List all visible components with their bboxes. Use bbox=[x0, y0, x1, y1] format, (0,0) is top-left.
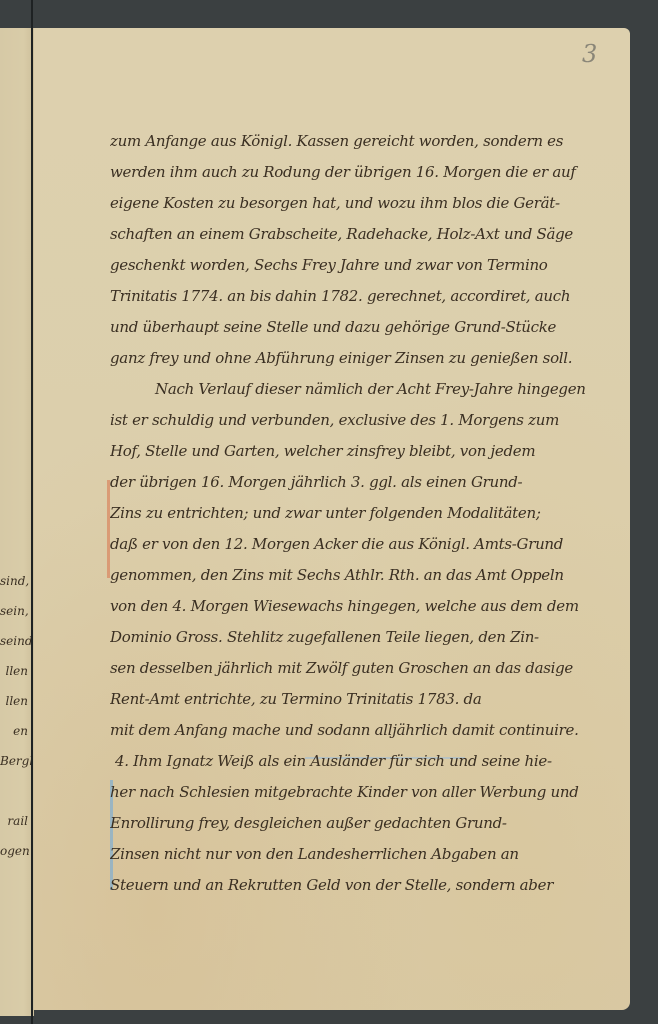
manuscript-line: Nach Verlauf dieser nämlich der Acht Fre… bbox=[110, 374, 630, 405]
manuscript-line: Zinsen nicht nur von den Landesherrliche… bbox=[110, 839, 630, 870]
manuscript-line: Dominio Gross. Stehlitz zugefallenen Tei… bbox=[110, 622, 630, 653]
manuscript-line: werden ihm auch zu Rodung der übrigen 16… bbox=[110, 157, 630, 188]
left-fragment bbox=[0, 776, 32, 806]
left-page-text-fragments: sind, sein, seind llen llen en Bergk, ra… bbox=[0, 566, 32, 866]
manuscript-line: Enrollirung frey, desgleichen außer geda… bbox=[110, 808, 630, 839]
manuscript-line: geschenkt worden, Sechs Frey Jahre und z… bbox=[110, 250, 630, 281]
manuscript-line: sen desselben jährlich mit Zwölf guten G… bbox=[110, 653, 630, 684]
manuscript-line: 4. Ihm Ignatz Weiß als ein Ausländer für… bbox=[110, 746, 630, 777]
manuscript-line: von den 4. Morgen Wiesewachs hingegen, w… bbox=[110, 591, 630, 622]
manuscript-line: mit dem Anfang mache und sodann alljährl… bbox=[110, 715, 630, 746]
manuscript-line: daß er von den 12. Morgen Acker die aus … bbox=[110, 529, 630, 560]
manuscript-line: Zins zu entrichten; und zwar unter folge… bbox=[110, 498, 630, 529]
left-fragment: en bbox=[0, 716, 32, 746]
document-viewer: sind, sein, seind llen llen en Bergk, ra… bbox=[0, 0, 658, 1024]
left-fragment: Bergk, bbox=[0, 746, 32, 776]
left-fragment: rail bbox=[0, 806, 32, 836]
manuscript-line: der übrigen 16. Morgen jährlich 3. ggl. … bbox=[110, 467, 630, 498]
manuscript-line: zum Anfange aus Königl. Kassen gereicht … bbox=[110, 126, 630, 157]
manuscript-line: und überhaupt seine Stelle und dazu gehö… bbox=[110, 312, 630, 343]
left-fragment: llen bbox=[0, 686, 32, 716]
book-gutter bbox=[31, 0, 33, 1024]
manuscript-line: ist er schuldig und verbunden, exclusive… bbox=[110, 405, 630, 436]
page-number: 3 bbox=[582, 40, 597, 68]
manuscript-line: genommen, den Zins mit Sechs Athlr. Rth.… bbox=[110, 560, 630, 591]
manuscript-line: ganz frey und ohne Abführung einiger Zin… bbox=[110, 343, 630, 374]
left-fragment: seind bbox=[0, 626, 32, 656]
left-fragment: sein, bbox=[0, 596, 32, 626]
manuscript-line: Trinitatis 1774. an bis dahin 1782. gere… bbox=[110, 281, 630, 312]
left-fragment: llen bbox=[0, 656, 32, 686]
left-fragment: ogen bbox=[0, 836, 32, 866]
manuscript-line: Steuern und an Rekrutten Geld von der St… bbox=[110, 870, 630, 901]
manuscript-text: zum Anfange aus Königl. Kassen gereicht … bbox=[110, 126, 630, 901]
left-page-edge: sind, sein, seind llen llen en Bergk, ra… bbox=[0, 28, 34, 1016]
manuscript-line: schaften an einem Grabscheite, Radehacke… bbox=[110, 219, 630, 250]
manuscript-line: Rent-Amt entrichte, zu Termino Trinitati… bbox=[110, 684, 630, 715]
manuscript-line: eigene Kosten zu besorgen hat, und wozu … bbox=[110, 188, 630, 219]
manuscript-line: Hof, Stelle und Garten, welcher zinsfrey… bbox=[110, 436, 630, 467]
manuscript-line: her nach Schlesien mitgebrachte Kinder v… bbox=[110, 777, 630, 808]
left-fragment: sind, bbox=[0, 566, 32, 596]
